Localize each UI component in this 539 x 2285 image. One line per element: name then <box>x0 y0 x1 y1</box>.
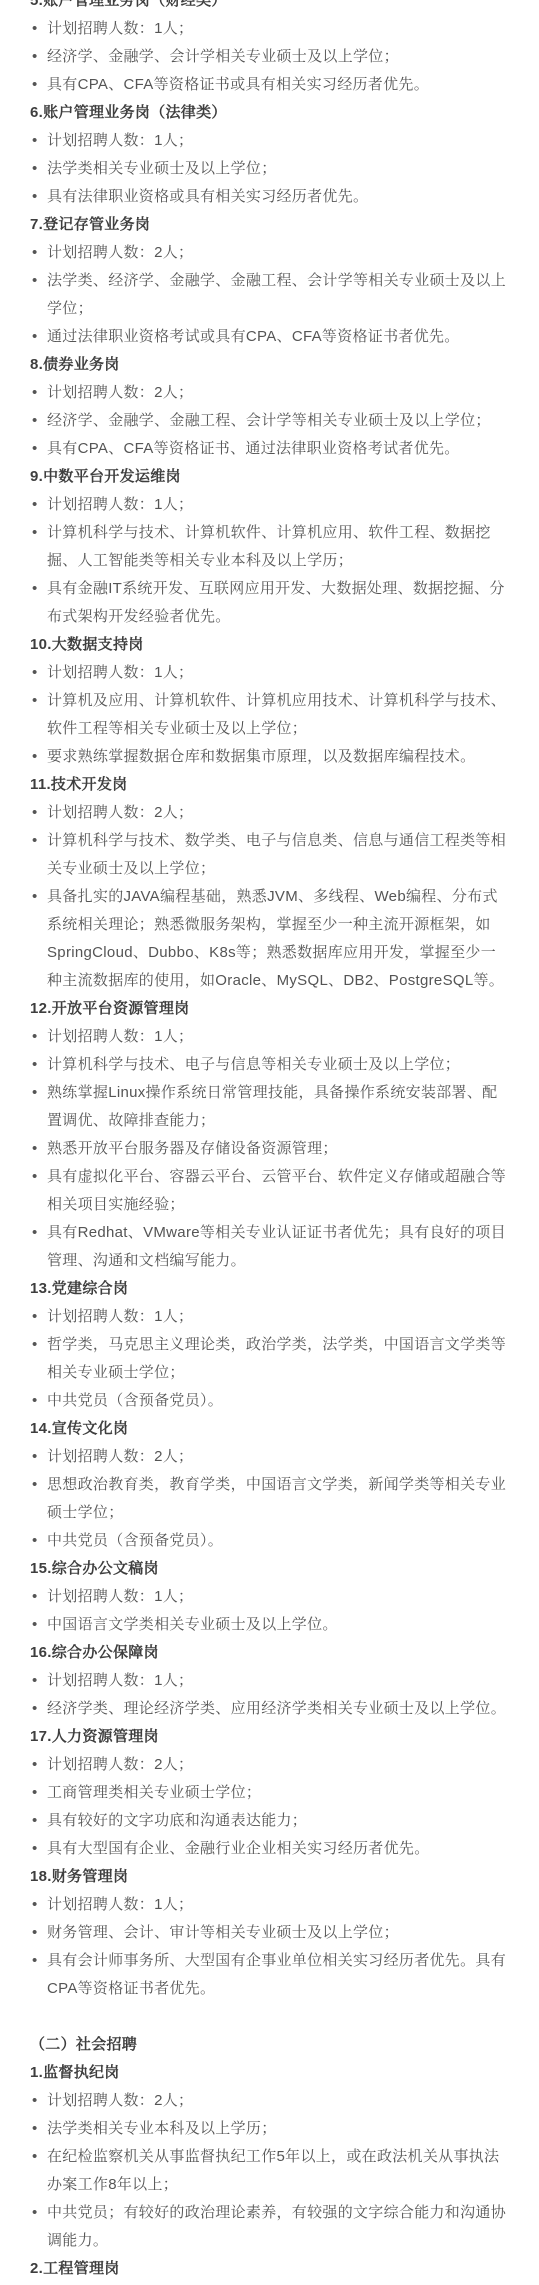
requirement-item: 具有法律职业资格或具有相关实习经历者优先。 <box>30 183 511 211</box>
job-posting: 2.工程管理岗 <box>30 2255 511 2283</box>
requirement-item: 计划招聘人数：1人； <box>30 1583 511 1611</box>
requirement-item: 计划招聘人数：2人； <box>30 1443 511 1471</box>
job-title: 16.综合办公保障岗 <box>30 1639 511 1667</box>
requirement-item: 具有较好的文字功底和沟通表达能力； <box>30 1807 511 1835</box>
job-title: 12.开放平台资源管理岗 <box>30 995 511 1023</box>
requirement-item: 计划招聘人数：1人； <box>30 1891 511 1919</box>
requirement-item: 计划招聘人数：2人； <box>30 379 511 407</box>
campus-hire-job-list: 5.账户管理业务岗（财经类）计划招聘人数：1人；经济学、金融学、会计学相关专业硕… <box>30 0 511 2003</box>
requirement-item: 要求熟练掌握数据仓库和数据集市原理，以及数据库编程技术。 <box>30 743 511 771</box>
job-posting: 15.综合办公文稿岗计划招聘人数：1人；中国语言文学类相关专业硕士及以上学位。 <box>30 1555 511 1639</box>
job-posting: 11.技术开发岗计划招聘人数：2人；计算机科学与技术、数学类、电子与信息类、信息… <box>30 771 511 995</box>
requirement-item: 具有Redhat、VMware等相关专业认证证书者优先；具有良好的项目管理、沟通… <box>30 1219 511 1275</box>
requirement-item: 中共党员；有较好的政治理论素养，有较强的文字综合能力和沟通协调能力。 <box>30 2199 511 2255</box>
requirement-list: 计划招聘人数：2人；思想政治教育类，教育学类，中国语言文学类，新闻学类等相关专业… <box>30 1443 511 1555</box>
requirement-item: 计算机及应用、计算机软件、计算机应用技术、计算机科学与技术、软件工程等相关专业硕… <box>30 687 511 743</box>
requirement-item: 具有大型国有企业、金融行业企业相关实习经历者优先。 <box>30 1835 511 1863</box>
recruitment-article: 5.账户管理业务岗（财经类）计划招聘人数：1人；经济学、金融学、会计学相关专业硕… <box>0 0 539 2283</box>
requirement-list: 计划招聘人数：2人；经济学、金融学、金融工程、会计学等相关专业硕士及以上学位；具… <box>30 379 511 463</box>
job-title: 13.党建综合岗 <box>30 1275 511 1303</box>
job-title: 8.债券业务岗 <box>30 351 511 379</box>
requirement-item: 中共党员（含预备党员）。 <box>30 1527 511 1555</box>
job-title: 11.技术开发岗 <box>30 771 511 799</box>
requirement-item: 计划招聘人数：1人； <box>30 1667 511 1695</box>
requirement-list: 计划招聘人数：2人；法学类相关专业本科及以上学历；在纪检监察机关从事监督执纪工作… <box>30 2087 511 2255</box>
job-title: 1.监督执纪岗 <box>30 2059 511 2087</box>
job-posting: 9.中数平台开发运维岗计划招聘人数：1人；计算机科学与技术、计算机软件、计算机应… <box>30 463 511 631</box>
requirement-item: 计划招聘人数：2人； <box>30 2087 511 2115</box>
requirement-list: 计划招聘人数：1人；计算机及应用、计算机软件、计算机应用技术、计算机科学与技术、… <box>30 659 511 771</box>
requirement-item: 经济学类、理论经济学类、应用经济学类相关专业硕士及以上学位。 <box>30 1695 511 1723</box>
job-posting: 7.登记存管业务岗计划招聘人数：2人；法学类、经济学、金融学、金融工程、会计学等… <box>30 211 511 351</box>
job-posting: 5.账户管理业务岗（财经类）计划招聘人数：1人；经济学、金融学、会计学相关专业硕… <box>30 0 511 99</box>
requirement-item: 通过法律职业资格考试或具有CPA、CFA等资格证书者优先。 <box>30 323 511 351</box>
job-title: 15.综合办公文稿岗 <box>30 1555 511 1583</box>
job-posting: 10.大数据支持岗计划招聘人数：1人；计算机及应用、计算机软件、计算机应用技术、… <box>30 631 511 771</box>
job-posting: 16.综合办公保障岗计划招聘人数：1人；经济学类、理论经济学类、应用经济学类相关… <box>30 1639 511 1723</box>
requirement-item: 中共党员（含预备党员）。 <box>30 1387 511 1415</box>
requirement-item: 具备扎实的JAVA编程基础，熟悉JVM、多线程、Web编程、分布式系统相关理论；… <box>30 883 511 995</box>
requirement-item: 计算机科学与技术、数学类、电子与信息类、信息与通信工程类等相关专业硕士及以上学位… <box>30 827 511 883</box>
requirement-item: 计划招聘人数：1人； <box>30 659 511 687</box>
requirement-list: 计划招聘人数：1人；经济学类、理论经济学类、应用经济学类相关专业硕士及以上学位。 <box>30 1667 511 1723</box>
requirement-item: 法学类、经济学、金融学、金融工程、会计学等相关专业硕士及以上学位； <box>30 267 511 323</box>
requirement-item: 熟练掌握Linux操作系统日常管理技能，具备操作系统安装部署、配置调优、故障排查… <box>30 1079 511 1135</box>
requirement-list: 计划招聘人数：1人；经济学、金融学、会计学相关专业硕士及以上学位；具有CPA、C… <box>30 15 511 99</box>
requirement-item: 哲学类，马克思主义理论类，政治学类，法学类，中国语言文学类等相关专业硕士学位； <box>30 1331 511 1387</box>
requirement-item: 计划招聘人数：2人； <box>30 1751 511 1779</box>
job-title: 7.登记存管业务岗 <box>30 211 511 239</box>
requirement-list: 计划招聘人数：1人；哲学类，马克思主义理论类，政治学类，法学类，中国语言文学类等… <box>30 1303 511 1415</box>
requirement-item: 计算机科学与技术、电子与信息等相关专业硕士及以上学位； <box>30 1051 511 1079</box>
requirement-item: 具有虚拟化平台、容器云平台、云管平台、软件定义存储或超融合等相关项目实施经验； <box>30 1163 511 1219</box>
requirement-item: 经济学、金融学、会计学相关专业硕士及以上学位； <box>30 43 511 71</box>
job-title: 9.中数平台开发运维岗 <box>30 463 511 491</box>
requirement-item: 具有会计师事务所、大型国有企事业单位相关实习经历者优先。具有CPA等资格证书者优… <box>30 1947 511 2003</box>
job-posting: 14.宣传文化岗计划招聘人数：2人；思想政治教育类，教育学类，中国语言文学类，新… <box>30 1415 511 1555</box>
requirement-list: 计划招聘人数：2人；法学类、经济学、金融学、金融工程、会计学等相关专业硕士及以上… <box>30 239 511 351</box>
requirement-item: 计划招聘人数：1人； <box>30 15 511 43</box>
requirement-item: 工商管理类相关专业硕士学位； <box>30 1779 511 1807</box>
requirement-item: 中国语言文学类相关专业硕士及以上学位。 <box>30 1611 511 1639</box>
job-posting: 13.党建综合岗计划招聘人数：1人；哲学类，马克思主义理论类，政治学类，法学类，… <box>30 1275 511 1415</box>
section-heading-social-recruitment: （二）社会招聘 <box>30 2031 511 2059</box>
requirement-item: 计划招聘人数：2人； <box>30 239 511 267</box>
job-posting: 12.开放平台资源管理岗计划招聘人数：1人；计算机科学与技术、电子与信息等相关专… <box>30 995 511 1275</box>
requirement-item: 计划招聘人数：2人； <box>30 799 511 827</box>
social-hire-job-list: 1.监督执纪岗计划招聘人数：2人；法学类相关专业本科及以上学历；在纪检监察机关从… <box>30 2059 511 2283</box>
requirement-item: 具有金融IT系统开发、互联网应用开发、大数据处理、数据挖掘、分布式架构开发经验者… <box>30 575 511 631</box>
requirement-list: 计划招聘人数：1人；财务管理、会计、审计等相关专业硕士及以上学位；具有会计师事务… <box>30 1891 511 2003</box>
job-posting: 17.人力资源管理岗计划招聘人数：2人；工商管理类相关专业硕士学位；具有较好的文… <box>30 1723 511 1863</box>
job-posting: 18.财务管理岗计划招聘人数：1人；财务管理、会计、审计等相关专业硕士及以上学位… <box>30 1863 511 2003</box>
requirement-item: 财务管理、会计、审计等相关专业硕士及以上学位； <box>30 1919 511 1947</box>
requirement-item: 熟悉开放平台服务器及存储设备资源管理； <box>30 1135 511 1163</box>
requirement-item: 思想政治教育类，教育学类，中国语言文学类，新闻学类等相关专业硕士学位； <box>30 1471 511 1527</box>
job-title: 2.工程管理岗 <box>30 2255 511 2283</box>
requirement-item: 计划招聘人数：1人； <box>30 127 511 155</box>
requirement-item: 计划招聘人数：1人； <box>30 1303 511 1331</box>
requirement-item: 计划招聘人数：1人； <box>30 491 511 519</box>
job-title: 10.大数据支持岗 <box>30 631 511 659</box>
job-posting: 6.账户管理业务岗（法律类）计划招聘人数：1人；法学类相关专业硕士及以上学位；具… <box>30 99 511 211</box>
requirement-item: 具有CPA、CFA等资格证书或具有相关实习经历者优先。 <box>30 71 511 99</box>
requirement-item: 计划招聘人数：1人； <box>30 1023 511 1051</box>
requirement-item: 具有CPA、CFA等资格证书、通过法律职业资格考试者优先。 <box>30 435 511 463</box>
requirement-list: 计划招聘人数：1人；计算机科学与技术、电子与信息等相关专业硕士及以上学位；熟练掌… <box>30 1023 511 1275</box>
job-posting: 1.监督执纪岗计划招聘人数：2人；法学类相关专业本科及以上学历；在纪检监察机关从… <box>30 2059 511 2255</box>
job-title: 5.账户管理业务岗（财经类） <box>30 0 511 15</box>
requirement-item: 在纪检监察机关从事监督执纪工作5年以上，或在政法机关从事执法办案工作8年以上； <box>30 2143 511 2199</box>
job-title: 18.财务管理岗 <box>30 1863 511 1891</box>
job-title: 6.账户管理业务岗（法律类） <box>30 99 511 127</box>
requirement-list: 计划招聘人数：2人；工商管理类相关专业硕士学位；具有较好的文字功底和沟通表达能力… <box>30 1751 511 1863</box>
job-posting: 8.债券业务岗计划招聘人数：2人；经济学、金融学、金融工程、会计学等相关专业硕士… <box>30 351 511 463</box>
requirement-item: 法学类相关专业本科及以上学历； <box>30 2115 511 2143</box>
job-title: 14.宣传文化岗 <box>30 1415 511 1443</box>
requirement-item: 法学类相关专业硕士及以上学位； <box>30 155 511 183</box>
job-title: 17.人力资源管理岗 <box>30 1723 511 1751</box>
requirement-item: 经济学、金融学、金融工程、会计学等相关专业硕士及以上学位； <box>30 407 511 435</box>
requirement-list: 计划招聘人数：2人；计算机科学与技术、数学类、电子与信息类、信息与通信工程类等相… <box>30 799 511 995</box>
requirement-list: 计划招聘人数：1人；法学类相关专业硕士及以上学位；具有法律职业资格或具有相关实习… <box>30 127 511 211</box>
requirement-list: 计划招聘人数：1人；计算机科学与技术、计算机软件、计算机应用、软件工程、数据挖掘… <box>30 491 511 631</box>
requirement-item: 计算机科学与技术、计算机软件、计算机应用、软件工程、数据挖掘、人工智能类等相关专… <box>30 519 511 575</box>
requirement-list: 计划招聘人数：1人；中国语言文学类相关专业硕士及以上学位。 <box>30 1583 511 1639</box>
